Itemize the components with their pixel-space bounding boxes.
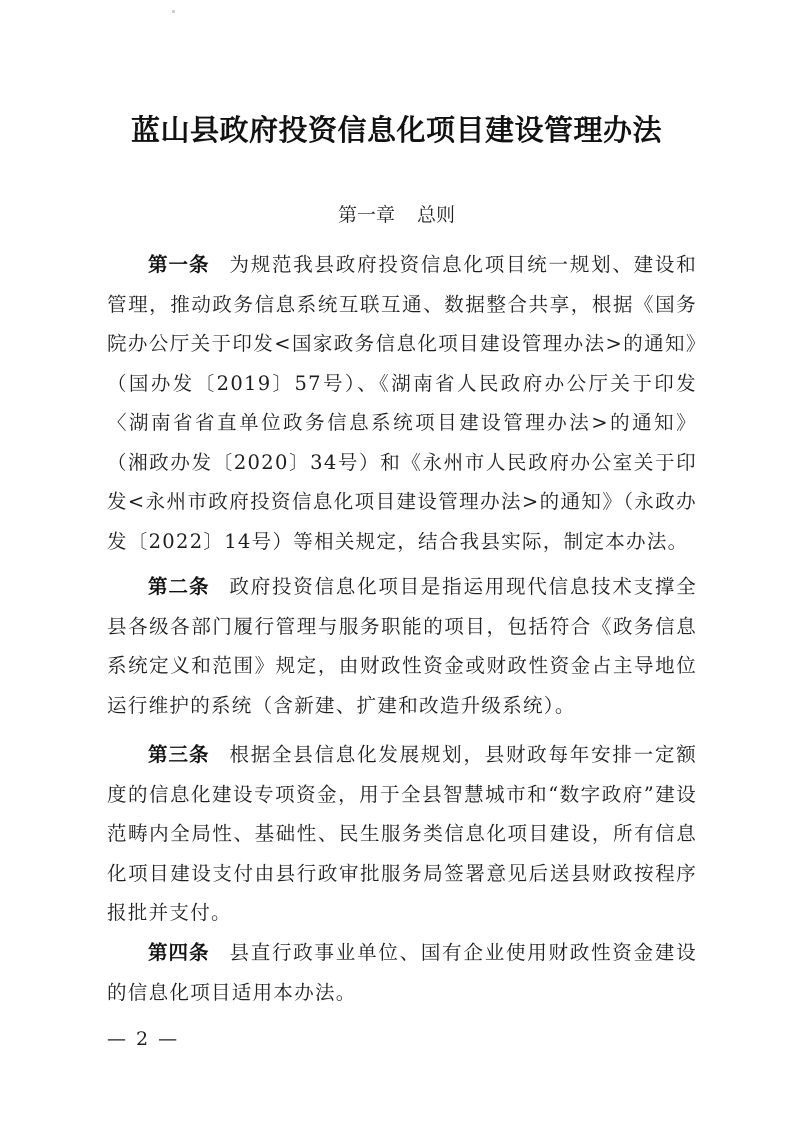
article-label: 第一条 — [148, 253, 209, 276]
article-3: 第三条根据全县信息化发展规划，县财政每年安排一定额度的信息化建设专项资金，用于全… — [107, 735, 697, 933]
chapter-number: 第一章 — [338, 204, 395, 226]
document-title: 蓝山县政府投资信息化项目建设管理办法 — [0, 108, 793, 149]
article-label: 第二条 — [148, 575, 209, 598]
article-label: 第四条 — [148, 941, 209, 964]
article-text: 为规范我县政府投资信息化项目统一规划、建设和管理，推动政务信息系统互联互通、数据… — [107, 253, 697, 553]
chapter-heading: 第一章总则 — [0, 200, 793, 227]
article-2: 第二条政府投资信息化项目是指运用现代信息技术支撑全县各级各部门履行管理与服务职能… — [107, 567, 697, 725]
article-4: 第四条县直行政事业单位、国有企业使用财政性资金建设的信息化项目适用本办法。 — [107, 933, 697, 1012]
article-1: 第一条为规范我县政府投资信息化项目统一规划、建设和管理，推动政务信息系统互联互通… — [107, 245, 697, 561]
page-number: — 2 — — [107, 1028, 179, 1050]
document-page: 蓝山县政府投资信息化项目建设管理办法 第一章总则 第一条为规范我县政府投资信息化… — [0, 0, 793, 1121]
article-text: 根据全县信息化发展规划，县财政每年安排一定额度的信息化建设专项资金，用于全县智慧… — [107, 743, 697, 924]
scan-artifact — [172, 10, 175, 13]
article-label: 第三条 — [148, 743, 209, 766]
chapter-name: 总则 — [417, 204, 455, 226]
